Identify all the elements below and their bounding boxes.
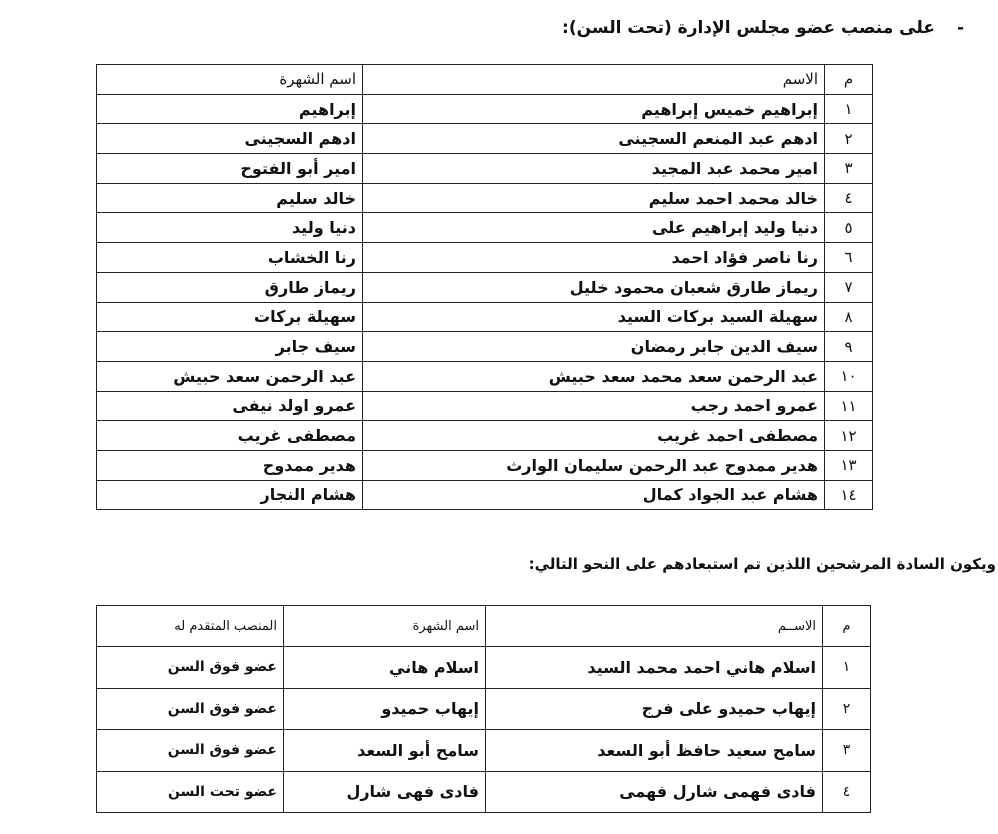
table-row: ٧ ريماز طارق شعبان محمود خليل ريماز طارق [97, 272, 873, 302]
row-index: ١١ [825, 391, 873, 421]
table-row: ٣ امير محمد عبد المجيد امير أبو الفتوح [97, 154, 873, 184]
row-known-as: هشام النجار [97, 480, 363, 510]
table-row: ٤ خالد محمد احمد سليم خالد سليم [97, 183, 873, 213]
row-index: ١٤ [825, 480, 873, 510]
table-row: ١٣ هدير ممدوح عبد الرحمن سليمان الوارث ه… [97, 450, 873, 480]
row-known-as: ادهم السجينى [97, 124, 363, 154]
row-name: دنيا وليد إبراهيم على [363, 213, 825, 243]
row-name: اسلام هاني احمد محمد السيد [486, 647, 823, 689]
row-known-as: مصطفى غريب [97, 421, 363, 451]
table-row: ٣ سامح سعيد حافظ أبو السعد سامح أبو السع… [97, 730, 871, 772]
row-known-as: رنا الخشاب [97, 243, 363, 273]
row-index: ٧ [825, 272, 873, 302]
row-index: ١ [823, 647, 871, 689]
table-row: ٢ ادهم عبد المنعم السجينى ادهم السجينى [97, 124, 873, 154]
row-known-as: هدير ممدوح [97, 450, 363, 480]
header-position: المنصب المتقدم له [97, 606, 284, 647]
row-index: ٨ [825, 302, 873, 332]
row-index: ٤ [825, 183, 873, 213]
row-name: عمرو احمد رجب [363, 391, 825, 421]
row-index: ١ [825, 94, 873, 124]
row-index: ٥ [825, 213, 873, 243]
row-known-as: عمرو اولد نيفى [97, 391, 363, 421]
row-known-as: دنيا وليد [97, 213, 363, 243]
table-row: ٤ فادى فهمى شارل فهمى فادى فهى شارل عضو … [97, 771, 871, 813]
table-header-row: م الاســم اسم الشهرة المنصب المتقدم له [97, 606, 871, 647]
bullet-dash: - [957, 18, 964, 38]
row-known-as: اسلام هاني [284, 647, 486, 689]
row-name: امير محمد عبد المجيد [363, 154, 825, 184]
row-name: هدير ممدوح عبد الرحمن سليمان الوارث [363, 450, 825, 480]
row-name: هشام عبد الجواد كمال [363, 480, 825, 510]
row-index: ٣ [823, 730, 871, 772]
row-known-as: خالد سليم [97, 183, 363, 213]
row-name: ريماز طارق شعبان محمود خليل [363, 272, 825, 302]
row-index: ١٠ [825, 361, 873, 391]
row-index: ١٢ [825, 421, 873, 451]
row-index: ١٣ [825, 450, 873, 480]
row-known-as: إبراهيم [97, 94, 363, 124]
row-name: فادى فهمى شارل فهمى [486, 771, 823, 813]
row-name: إبراهيم خميس إبراهيم [363, 94, 825, 124]
row-known-as: سامح أبو السعد [284, 730, 486, 772]
row-index: ٢ [825, 124, 873, 154]
row-known-as: امير أبو الفتوح [97, 154, 363, 184]
row-known-as: سيف جابر [97, 332, 363, 362]
row-known-as: ريماز طارق [97, 272, 363, 302]
row-position: عضو فوق السن [97, 688, 284, 730]
row-name: سهيلة السيد بركات السيد [363, 302, 825, 332]
row-index: ٦ [825, 243, 873, 273]
excluded-heading: ويكون السادة المرشحين اللذين تم استبعاده… [529, 555, 996, 573]
excluded-table: م الاســم اسم الشهرة المنصب المتقدم له ١… [96, 605, 871, 813]
row-known-as: إيهاب حميدو [284, 688, 486, 730]
row-position: عضو فوق السن [97, 647, 284, 689]
table-row: ٥ دنيا وليد إبراهيم على دنيا وليد [97, 213, 873, 243]
table-row: ١ اسلام هاني احمد محمد السيد اسلام هاني … [97, 647, 871, 689]
row-name: خالد محمد احمد سليم [363, 183, 825, 213]
row-index: ٤ [823, 771, 871, 813]
table-row: ٨ سهيلة السيد بركات السيد سهيلة بركات [97, 302, 873, 332]
table-row: ٩ سيف الدين جابر رمضان سيف جابر [97, 332, 873, 362]
row-index: ٩ [825, 332, 873, 362]
candidates-table: م الاسم اسم الشهرة ١ إبراهيم خميس إبراهي… [96, 64, 873, 510]
header-name: الاســم [486, 606, 823, 647]
header-index: م [825, 65, 873, 95]
header-index: م [823, 606, 871, 647]
row-name: سامح سعيد حافظ أبو السعد [486, 730, 823, 772]
row-name: سيف الدين جابر رمضان [363, 332, 825, 362]
row-name: رنا ناصر فؤاد احمد [363, 243, 825, 273]
table-header-row: م الاسم اسم الشهرة [97, 65, 873, 95]
row-name: عبد الرحمن سعد محمد سعد حبيش [363, 361, 825, 391]
header-name: الاسم [363, 65, 825, 95]
table-row: ٢ إيهاب حميدو على فرج إيهاب حميدو عضو فو… [97, 688, 871, 730]
table-row: ٦ رنا ناصر فؤاد احمد رنا الخشاب [97, 243, 873, 273]
table-row: ١٠ عبد الرحمن سعد محمد سعد حبيش عبد الرح… [97, 361, 873, 391]
row-position: عضو فوق السن [97, 730, 284, 772]
section-heading: -على منصب عضو مجلس الإدارة (تحت السن): [562, 18, 964, 38]
row-index: ٢ [823, 688, 871, 730]
section-heading-text: على منصب عضو مجلس الإدارة (تحت السن): [562, 18, 935, 38]
row-known-as: فادى فهى شارل [284, 771, 486, 813]
header-known-as: اسم الشهرة [284, 606, 486, 647]
row-name: ادهم عبد المنعم السجينى [363, 124, 825, 154]
table-row: ١٢ مصطفى احمد غريب مصطفى غريب [97, 421, 873, 451]
row-known-as: سهيلة بركات [97, 302, 363, 332]
row-index: ٣ [825, 154, 873, 184]
row-name: مصطفى احمد غريب [363, 421, 825, 451]
table-row: ١٤ هشام عبد الجواد كمال هشام النجار [97, 480, 873, 510]
row-known-as: عبد الرحمن سعد حبيش [97, 361, 363, 391]
header-known-as: اسم الشهرة [97, 65, 363, 95]
row-name: إيهاب حميدو على فرج [486, 688, 823, 730]
table-row: ١ إبراهيم خميس إبراهيم إبراهيم [97, 94, 873, 124]
table-row: ١١ عمرو احمد رجب عمرو اولد نيفى [97, 391, 873, 421]
row-position: عضو تحت السن [97, 771, 284, 813]
